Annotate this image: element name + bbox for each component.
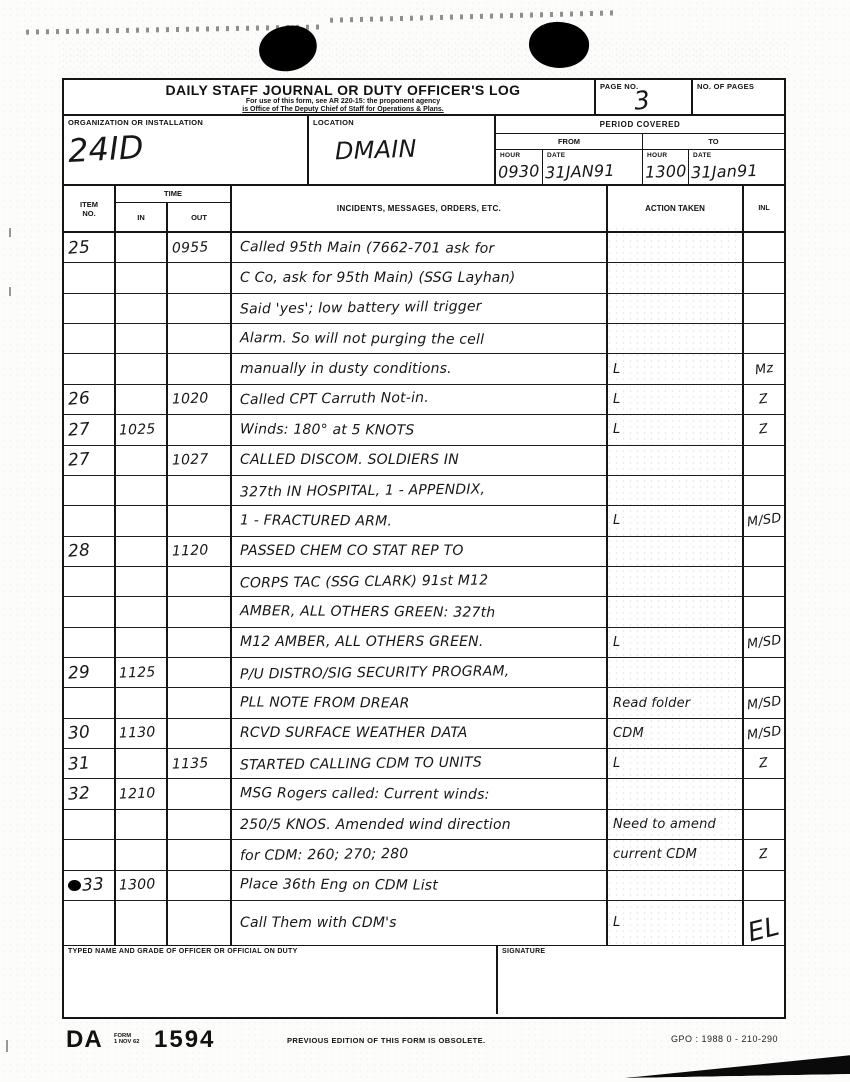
log-cell-incident: M12 AMBER, ALL OTHERS GREEN.	[232, 628, 608, 657]
to-hour-box: HOUR 1300	[642, 150, 688, 184]
log-cell-incident: 1 - FRACTURED ARM.	[232, 506, 608, 535]
location-label: LOCATION	[309, 116, 494, 127]
log-cell-in	[116, 597, 168, 626]
log-cell-action	[608, 597, 744, 626]
log-cell-out	[168, 901, 232, 945]
log-cell-item	[64, 810, 116, 839]
to-hour-value: 1300	[645, 161, 687, 181]
location-box: LOCATION DMAIN	[307, 116, 494, 184]
log-cell-out	[168, 476, 232, 505]
log-cell-action: Read folder	[608, 688, 744, 717]
handwritten-inl: EL	[745, 912, 783, 949]
organization-label: ORGANIZATION OR INSTALLATION	[64, 116, 307, 127]
from-date-value: 31JAN91	[545, 161, 615, 182]
column-header-action-taken: ACTION TAKEN	[608, 186, 744, 231]
log-cell-in	[116, 354, 168, 383]
form-edition-date: 1 NOV 62	[114, 1039, 139, 1045]
from-label: FROM	[496, 134, 642, 149]
log-row: M12 AMBER, ALL OTHERS GREEN.LM/SD	[64, 628, 784, 658]
log-cell-inl: M/SD	[744, 688, 784, 717]
log-cell-out: 1135	[168, 749, 232, 778]
log-cell-in	[116, 688, 168, 717]
log-row: Call Them with CDM'sLEL	[64, 901, 784, 945]
log-table-header: ITEM NO. TIME IN OUT INCIDENTS, MESSAGES…	[64, 186, 784, 233]
log-cell-action	[608, 567, 744, 596]
log-cell-in: 1130	[116, 719, 168, 748]
column-header-out: OUT	[168, 203, 230, 231]
period-covered-label: PERIOD COVERED	[496, 116, 784, 134]
log-cell-inl	[744, 658, 784, 687]
gpo-print-note: GPO : 1988 0 - 210-290	[671, 1034, 778, 1044]
log-cell-action: L	[608, 628, 744, 657]
handwritten-incident: STARTED CALLING CDM TO UNITS	[240, 754, 482, 773]
handwritten-item: 31	[67, 753, 90, 774]
log-cell-incident: STARTED CALLING CDM TO UNITS	[232, 749, 608, 778]
handwritten-incident: PASSED CHEM CO STAT REP TO	[240, 543, 464, 559]
log-cell-item	[64, 901, 116, 945]
log-cell-item	[64, 263, 116, 292]
log-cell-incident: Called CPT Carruth Not-in.	[232, 385, 608, 414]
log-cell-incident: Place 36th Eng on CDM List	[232, 871, 608, 900]
hour-label: HOUR	[643, 150, 688, 159]
handwritten-in: 1300	[119, 877, 156, 894]
handwritten-incident: AMBER, ALL OTHERS GREEN: 327th	[240, 603, 495, 621]
to-label: TO	[642, 134, 784, 149]
log-cell-in	[116, 294, 168, 323]
ink-blot	[68, 880, 81, 891]
log-cell-in: 1025	[116, 415, 168, 444]
log-row: for CDM: 260; 270; 280current CDMZ	[64, 840, 784, 870]
scan-noise	[60, 40, 790, 76]
handwritten-incident: C Co, ask for 95th Main) (SSG Layhan)	[240, 270, 515, 286]
obsolete-note: PREVIOUS EDITION OF THIS FORM IS OBSOLET…	[287, 1036, 485, 1045]
handwritten-item: 26	[67, 389, 90, 410]
log-cell-item: 25	[64, 233, 116, 262]
log-cell-incident: CALLED DISCOM. SOLDIERS IN	[232, 446, 608, 475]
log-cell-in	[116, 537, 168, 566]
handwritten-inl: Z	[758, 847, 769, 863]
handwritten-incident: Said 'yes'; low battery will trigger	[240, 299, 482, 318]
log-cell-out	[168, 688, 232, 717]
column-header-in: IN	[116, 203, 168, 231]
log-cell-item: 26	[64, 385, 116, 414]
log-cell-incident: for CDM: 260; 270; 280	[232, 840, 608, 869]
log-cell-incident: Call Them with CDM's	[232, 901, 608, 945]
log-cell-incident: RCVD SURFACE WEATHER DATA	[232, 719, 608, 748]
log-cell-inl	[744, 810, 784, 839]
log-cell-out: 1027	[168, 446, 232, 475]
column-header-item-no: ITEM NO.	[64, 186, 116, 231]
log-cell-inl	[744, 294, 784, 323]
log-cell-in	[116, 476, 168, 505]
from-hour-box: HOUR 0930	[496, 150, 542, 184]
log-row: 271025Winds: 180° at 5 KNOTSLZ	[64, 415, 784, 445]
log-cell-inl	[744, 567, 784, 596]
typed-name-label: TYPED NAME AND GRADE OF OFFICER OR OFFIC…	[64, 946, 496, 955]
log-row: 281120PASSED CHEM CO STAT REP TO	[64, 537, 784, 567]
handwritten-incident: Winds: 180° at 5 KNOTS	[240, 421, 415, 438]
log-cell-out	[168, 779, 232, 808]
handwritten-incident: Called 95th Main (7662-701 ask for	[240, 239, 494, 257]
log-cell-action	[608, 446, 744, 475]
typed-name-box: TYPED NAME AND GRADE OF OFFICER OR OFFIC…	[64, 946, 498, 1014]
log-cell-out	[168, 840, 232, 869]
log-row: Said 'yes'; low battery will trigger	[64, 294, 784, 324]
log-cell-action	[608, 263, 744, 292]
da-form-1594: DAILY STAFF JOURNAL OR DUTY OFFICER'S LO…	[62, 78, 786, 1019]
log-cell-in	[116, 901, 168, 945]
period-covered-box: PERIOD COVERED FROM TO HOUR 0930 DATE 31…	[494, 116, 784, 184]
handwritten-action: CDM	[613, 726, 644, 741]
handwritten-action: L	[613, 422, 620, 437]
location-value: DMAIN	[335, 135, 418, 166]
log-cell-item: 31	[64, 749, 116, 778]
handwritten-action: Need to amend	[613, 817, 716, 832]
log-cell-incident: PASSED CHEM CO STAT REP TO	[232, 537, 608, 566]
log-cell-action: L	[608, 749, 744, 778]
log-cell-out	[168, 597, 232, 626]
handwritten-action: Read folder	[613, 696, 690, 711]
log-row: manually in dusty conditions.LMz	[64, 354, 784, 384]
organization-value: 24ID	[67, 128, 144, 170]
log-row: AMBER, ALL OTHERS GREEN: 327th	[64, 597, 784, 627]
log-cell-inl: Z	[744, 749, 784, 778]
handwritten-incident: manually in dusty conditions.	[240, 361, 452, 377]
handwritten-out: 1135	[172, 755, 209, 772]
log-cell-incident: C Co, ask for 95th Main) (SSG Layhan)	[232, 263, 608, 292]
log-cell-in	[116, 324, 168, 353]
log-cell-item: 32	[64, 779, 116, 808]
handwritten-incident: Alarm. So will not purging the cell	[240, 330, 484, 348]
time-header-label: TIME	[116, 186, 230, 203]
log-cell-item: 29	[64, 658, 116, 687]
handwritten-inl: M/SD	[746, 511, 782, 531]
signature-box: SIGNATURE	[498, 946, 784, 1014]
handwritten-item: 27	[67, 449, 90, 470]
handwritten-incident: Place 36th Eng on CDM List	[240, 877, 438, 894]
handwritten-incident: P/U DISTRO/SIG SECURITY PROGRAM,	[240, 663, 510, 682]
log-cell-incident: P/U DISTRO/SIG SECURITY PROGRAM,	[232, 658, 608, 687]
log-cell-item: 28	[64, 537, 116, 566]
log-cell-item	[64, 506, 116, 535]
log-cell-item	[64, 294, 116, 323]
handwritten-incident: 327th IN HOSPITAL, 1 - APPENDIX,	[240, 481, 485, 500]
column-header-time: TIME IN OUT	[116, 186, 232, 231]
handwritten-action: L	[613, 392, 620, 407]
log-row: 291125P/U DISTRO/SIG SECURITY PROGRAM,	[64, 658, 784, 688]
form-title-block: DAILY STAFF JOURNAL OR DUTY OFFICER'S LO…	[64, 80, 594, 114]
log-cell-inl	[744, 263, 784, 292]
handwritten-incident: M12 AMBER, ALL OTHERS GREEN.	[240, 634, 484, 650]
log-cell-out	[168, 567, 232, 596]
log-cell-inl: Z	[744, 840, 784, 869]
handwritten-incident: 250/5 KNOS. Amended wind direction	[240, 817, 511, 833]
log-cell-action	[608, 537, 744, 566]
scanned-log-page: DAILY STAFF JOURNAL OR DUTY OFFICER'S LO…	[0, 0, 850, 1082]
log-cell-in: 1300	[116, 871, 168, 900]
handwritten-out: 1020	[172, 391, 209, 408]
handwritten-out: 1120	[172, 543, 209, 560]
handwritten-inl: Z	[758, 756, 769, 772]
form-footer-row: TYPED NAME AND GRADE OF OFFICER OR OFFIC…	[64, 945, 784, 1014]
handwritten-action: L	[613, 362, 620, 377]
handwritten-incident: PLL NOTE FROM DREAR	[240, 694, 410, 711]
log-cell-incident: CORPS TAC (SSG CLARK) 91st M12	[232, 567, 608, 596]
log-row: 261020Called CPT Carruth Not-in.LZ	[64, 385, 784, 415]
log-cell-action: L	[608, 506, 744, 535]
handwritten-item: 30	[67, 723, 90, 744]
log-cell-incident: PLL NOTE FROM DREAR	[232, 688, 608, 717]
no-of-pages-box: NO. OF PAGES	[691, 80, 784, 114]
log-cell-action: CDM	[608, 719, 744, 748]
log-cell-inl	[744, 446, 784, 475]
log-cell-in: 1210	[116, 779, 168, 808]
log-cell-item	[64, 597, 116, 626]
log-cell-in	[116, 567, 168, 596]
log-cell-incident: Called 95th Main (7662-701 ask for	[232, 233, 608, 262]
handwritten-action: L	[613, 756, 620, 771]
log-cell-item: 33	[64, 871, 116, 900]
handwritten-item: 29	[67, 662, 90, 683]
log-cell-action	[608, 324, 744, 353]
handwritten-out: 1027	[172, 452, 209, 469]
form-subtitle-line1: For use of this form, see AR 220-15: the…	[92, 98, 594, 106]
log-cell-item	[64, 476, 116, 505]
log-cell-out: 1120	[168, 537, 232, 566]
log-cell-incident: Winds: 180° at 5 KNOTS	[232, 415, 608, 444]
log-cell-item: 30	[64, 719, 116, 748]
handwritten-inl: M/SD	[746, 693, 782, 713]
log-cell-inl	[744, 597, 784, 626]
log-cell-action	[608, 779, 744, 808]
to-date-value: 31Jan91	[691, 161, 758, 182]
log-cell-in: 1125	[116, 658, 168, 687]
log-cell-out	[168, 506, 232, 535]
log-cell-in	[116, 628, 168, 657]
no-of-pages-label: NO. OF PAGES	[693, 80, 784, 91]
handwritten-incident: CALLED DISCOM. SOLDIERS IN	[240, 452, 459, 468]
handwritten-out: 0955	[172, 239, 209, 256]
log-cell-item: 27	[64, 446, 116, 475]
log-cell-incident: 327th IN HOSPITAL, 1 - APPENDIX,	[232, 476, 608, 505]
handwritten-action: L	[613, 513, 620, 528]
log-cell-out	[168, 324, 232, 353]
log-cell-out	[168, 628, 232, 657]
log-row: 250955Called 95th Main (7662-701 ask for	[64, 233, 784, 263]
log-row: 321210MSG Rogers called: Current winds:	[64, 779, 784, 809]
log-cell-in	[116, 749, 168, 778]
log-cell-inl: M/SD	[744, 506, 784, 535]
handwritten-item: 32	[67, 783, 90, 804]
handwritten-item: 33	[81, 874, 104, 895]
from-date-box: DATE 31JAN91	[542, 150, 642, 184]
log-cell-action	[608, 871, 744, 900]
to-date-box: DATE 31Jan91	[688, 150, 784, 184]
form-title: DAILY STAFF JOURNAL OR DUTY OFFICER'S LO…	[92, 82, 594, 98]
log-cell-in	[116, 233, 168, 262]
scan-noise	[9, 228, 11, 237]
log-cell-inl: EL	[744, 901, 784, 945]
page-no-value: 3	[633, 85, 652, 116]
log-cell-action	[608, 294, 744, 323]
hour-label: HOUR	[496, 150, 542, 159]
log-cell-item: 27	[64, 415, 116, 444]
log-cell-in	[116, 810, 168, 839]
log-cell-action: L	[608, 901, 744, 945]
log-cell-in	[116, 506, 168, 535]
log-cell-inl: Z	[744, 415, 784, 444]
handwritten-in: 1130	[119, 725, 156, 742]
log-cell-out	[168, 871, 232, 900]
log-cell-incident: MSG Rogers called: Current winds:	[232, 779, 608, 808]
org-location-period-row: ORGANIZATION OR INSTALLATION 24ID LOCATI…	[64, 116, 784, 186]
log-cell-incident: AMBER, ALL OTHERS GREEN: 327th	[232, 597, 608, 626]
handwritten-action: L	[613, 635, 620, 650]
handwritten-incident: RCVD SURFACE WEATHER DATA	[240, 725, 468, 741]
log-row: Alarm. So will not purging the cell	[64, 324, 784, 354]
log-cell-inl	[744, 233, 784, 262]
handwritten-in: 1125	[119, 664, 156, 681]
log-row: PLL NOTE FROM DREARRead folderM/SD	[64, 688, 784, 718]
log-cell-inl: M/SD	[744, 628, 784, 657]
log-cell-inl	[744, 476, 784, 505]
date-label: DATE	[543, 150, 642, 159]
organization-box: ORGANIZATION OR INSTALLATION 24ID	[64, 116, 307, 184]
handwritten-item: 28	[67, 541, 90, 562]
log-cell-inl: Mz	[744, 354, 784, 383]
log-cell-out	[168, 354, 232, 383]
log-cell-in	[116, 385, 168, 414]
log-rows: 250955Called 95th Main (7662-701 ask for…	[64, 233, 784, 945]
log-cell-incident: Alarm. So will not purging the cell	[232, 324, 608, 353]
log-cell-action	[608, 658, 744, 687]
handwritten-incident: Call Them with CDM's	[240, 915, 397, 931]
log-cell-out	[168, 415, 232, 444]
log-cell-in	[116, 840, 168, 869]
log-cell-out: 0955	[168, 233, 232, 262]
log-cell-in	[116, 446, 168, 475]
signature-label: SIGNATURE	[498, 946, 784, 955]
handwritten-inl: M/SD	[746, 633, 782, 653]
log-cell-inl	[744, 324, 784, 353]
log-cell-out	[168, 810, 232, 839]
log-cell-item	[64, 567, 116, 596]
log-cell-item	[64, 628, 116, 657]
log-cell-out	[168, 263, 232, 292]
log-cell-incident: Said 'yes'; low battery will trigger	[232, 294, 608, 323]
scan-noise	[9, 287, 11, 296]
log-cell-inl	[744, 537, 784, 566]
log-row: C Co, ask for 95th Main) (SSG Layhan)	[64, 263, 784, 293]
log-cell-action: L	[608, 354, 744, 383]
log-row: 250/5 KNOS. Amended wind directionNeed t…	[64, 810, 784, 840]
form-id-footer: DA FORM 1 NOV 62 1594 PREVIOUS EDITION O…	[62, 1026, 786, 1066]
log-row: 1 - FRACTURED ARM.LM/SD	[64, 506, 784, 536]
log-cell-inl	[744, 779, 784, 808]
handwritten-in: 1025	[119, 421, 156, 438]
log-cell-out	[168, 658, 232, 687]
handwritten-incident: CORPS TAC (SSG CLARK) 91st M12	[240, 572, 489, 591]
log-cell-action	[608, 476, 744, 505]
handwritten-item: 25	[67, 237, 90, 258]
log-cell-action	[608, 233, 744, 262]
handwritten-action: current CDM	[613, 847, 697, 862]
da-label: DA	[66, 1026, 103, 1054]
log-cell-inl	[744, 871, 784, 900]
log-row: 331300Place 36th Eng on CDM List	[64, 871, 784, 901]
log-cell-out	[168, 719, 232, 748]
form-header-row: DAILY STAFF JOURNAL OR DUTY OFFICER'S LO…	[64, 80, 784, 116]
form-subtitle-line2: is Office of The Deputy Chief of Staff f…	[92, 106, 594, 114]
log-cell-action: Need to amend	[608, 810, 744, 839]
column-header-label: ITEM NO.	[74, 200, 104, 218]
column-header-inl: INL	[744, 186, 784, 231]
scan-noise	[330, 10, 620, 23]
log-cell-out	[168, 294, 232, 323]
hole-punch-mark	[527, 19, 591, 71]
log-row: 301130RCVD SURFACE WEATHER DATACDMM/SD	[64, 719, 784, 749]
handwritten-in: 1210	[119, 786, 156, 803]
log-cell-action: L	[608, 415, 744, 444]
column-header-incidents: INCIDENTS, MESSAGES, ORDERS, ETC.	[232, 186, 608, 231]
log-cell-incident: 250/5 KNOS. Amended wind direction	[232, 810, 608, 839]
handwritten-incident: 1 - FRACTURED ARM.	[240, 512, 392, 529]
handwritten-inl: Z	[758, 391, 769, 407]
handwritten-item: 27	[67, 419, 90, 440]
scan-noise	[6, 1040, 8, 1052]
handwritten-inl: M/SD	[746, 724, 782, 744]
log-cell-inl: Z	[744, 385, 784, 414]
handwritten-inl: Mz	[754, 360, 774, 377]
log-cell-incident: manually in dusty conditions.	[232, 354, 608, 383]
log-cell-item	[64, 688, 116, 717]
log-cell-in	[116, 263, 168, 292]
log-cell-action: current CDM	[608, 840, 744, 869]
log-cell-inl: M/SD	[744, 719, 784, 748]
log-cell-item	[64, 840, 116, 869]
handwritten-incident: MSG Rogers called: Current winds:	[240, 785, 490, 803]
page-no-box: PAGE NO. 3	[594, 80, 691, 114]
form-number: 1594	[154, 1026, 215, 1054]
log-cell-out: 1020	[168, 385, 232, 414]
log-row: 271027CALLED DISCOM. SOLDIERS IN	[64, 446, 784, 476]
handwritten-incident: Called CPT Carruth Not-in.	[240, 390, 429, 408]
handwritten-inl: Z	[758, 422, 769, 438]
log-row: CORPS TAC (SSG CLARK) 91st M12	[64, 567, 784, 597]
log-row: 327th IN HOSPITAL, 1 - APPENDIX,	[64, 476, 784, 506]
date-label: DATE	[689, 150, 784, 159]
form-edition-label: FORM 1 NOV 62	[114, 1033, 139, 1045]
handwritten-incident: for CDM: 260; 270; 280	[240, 846, 409, 864]
log-row: 311135STARTED CALLING CDM TO UNITSLZ	[64, 749, 784, 779]
log-cell-action: L	[608, 385, 744, 414]
log-cell-item	[64, 354, 116, 383]
log-cell-item	[64, 324, 116, 353]
from-hour-value: 0930	[498, 161, 540, 181]
handwritten-action: L	[613, 915, 620, 930]
